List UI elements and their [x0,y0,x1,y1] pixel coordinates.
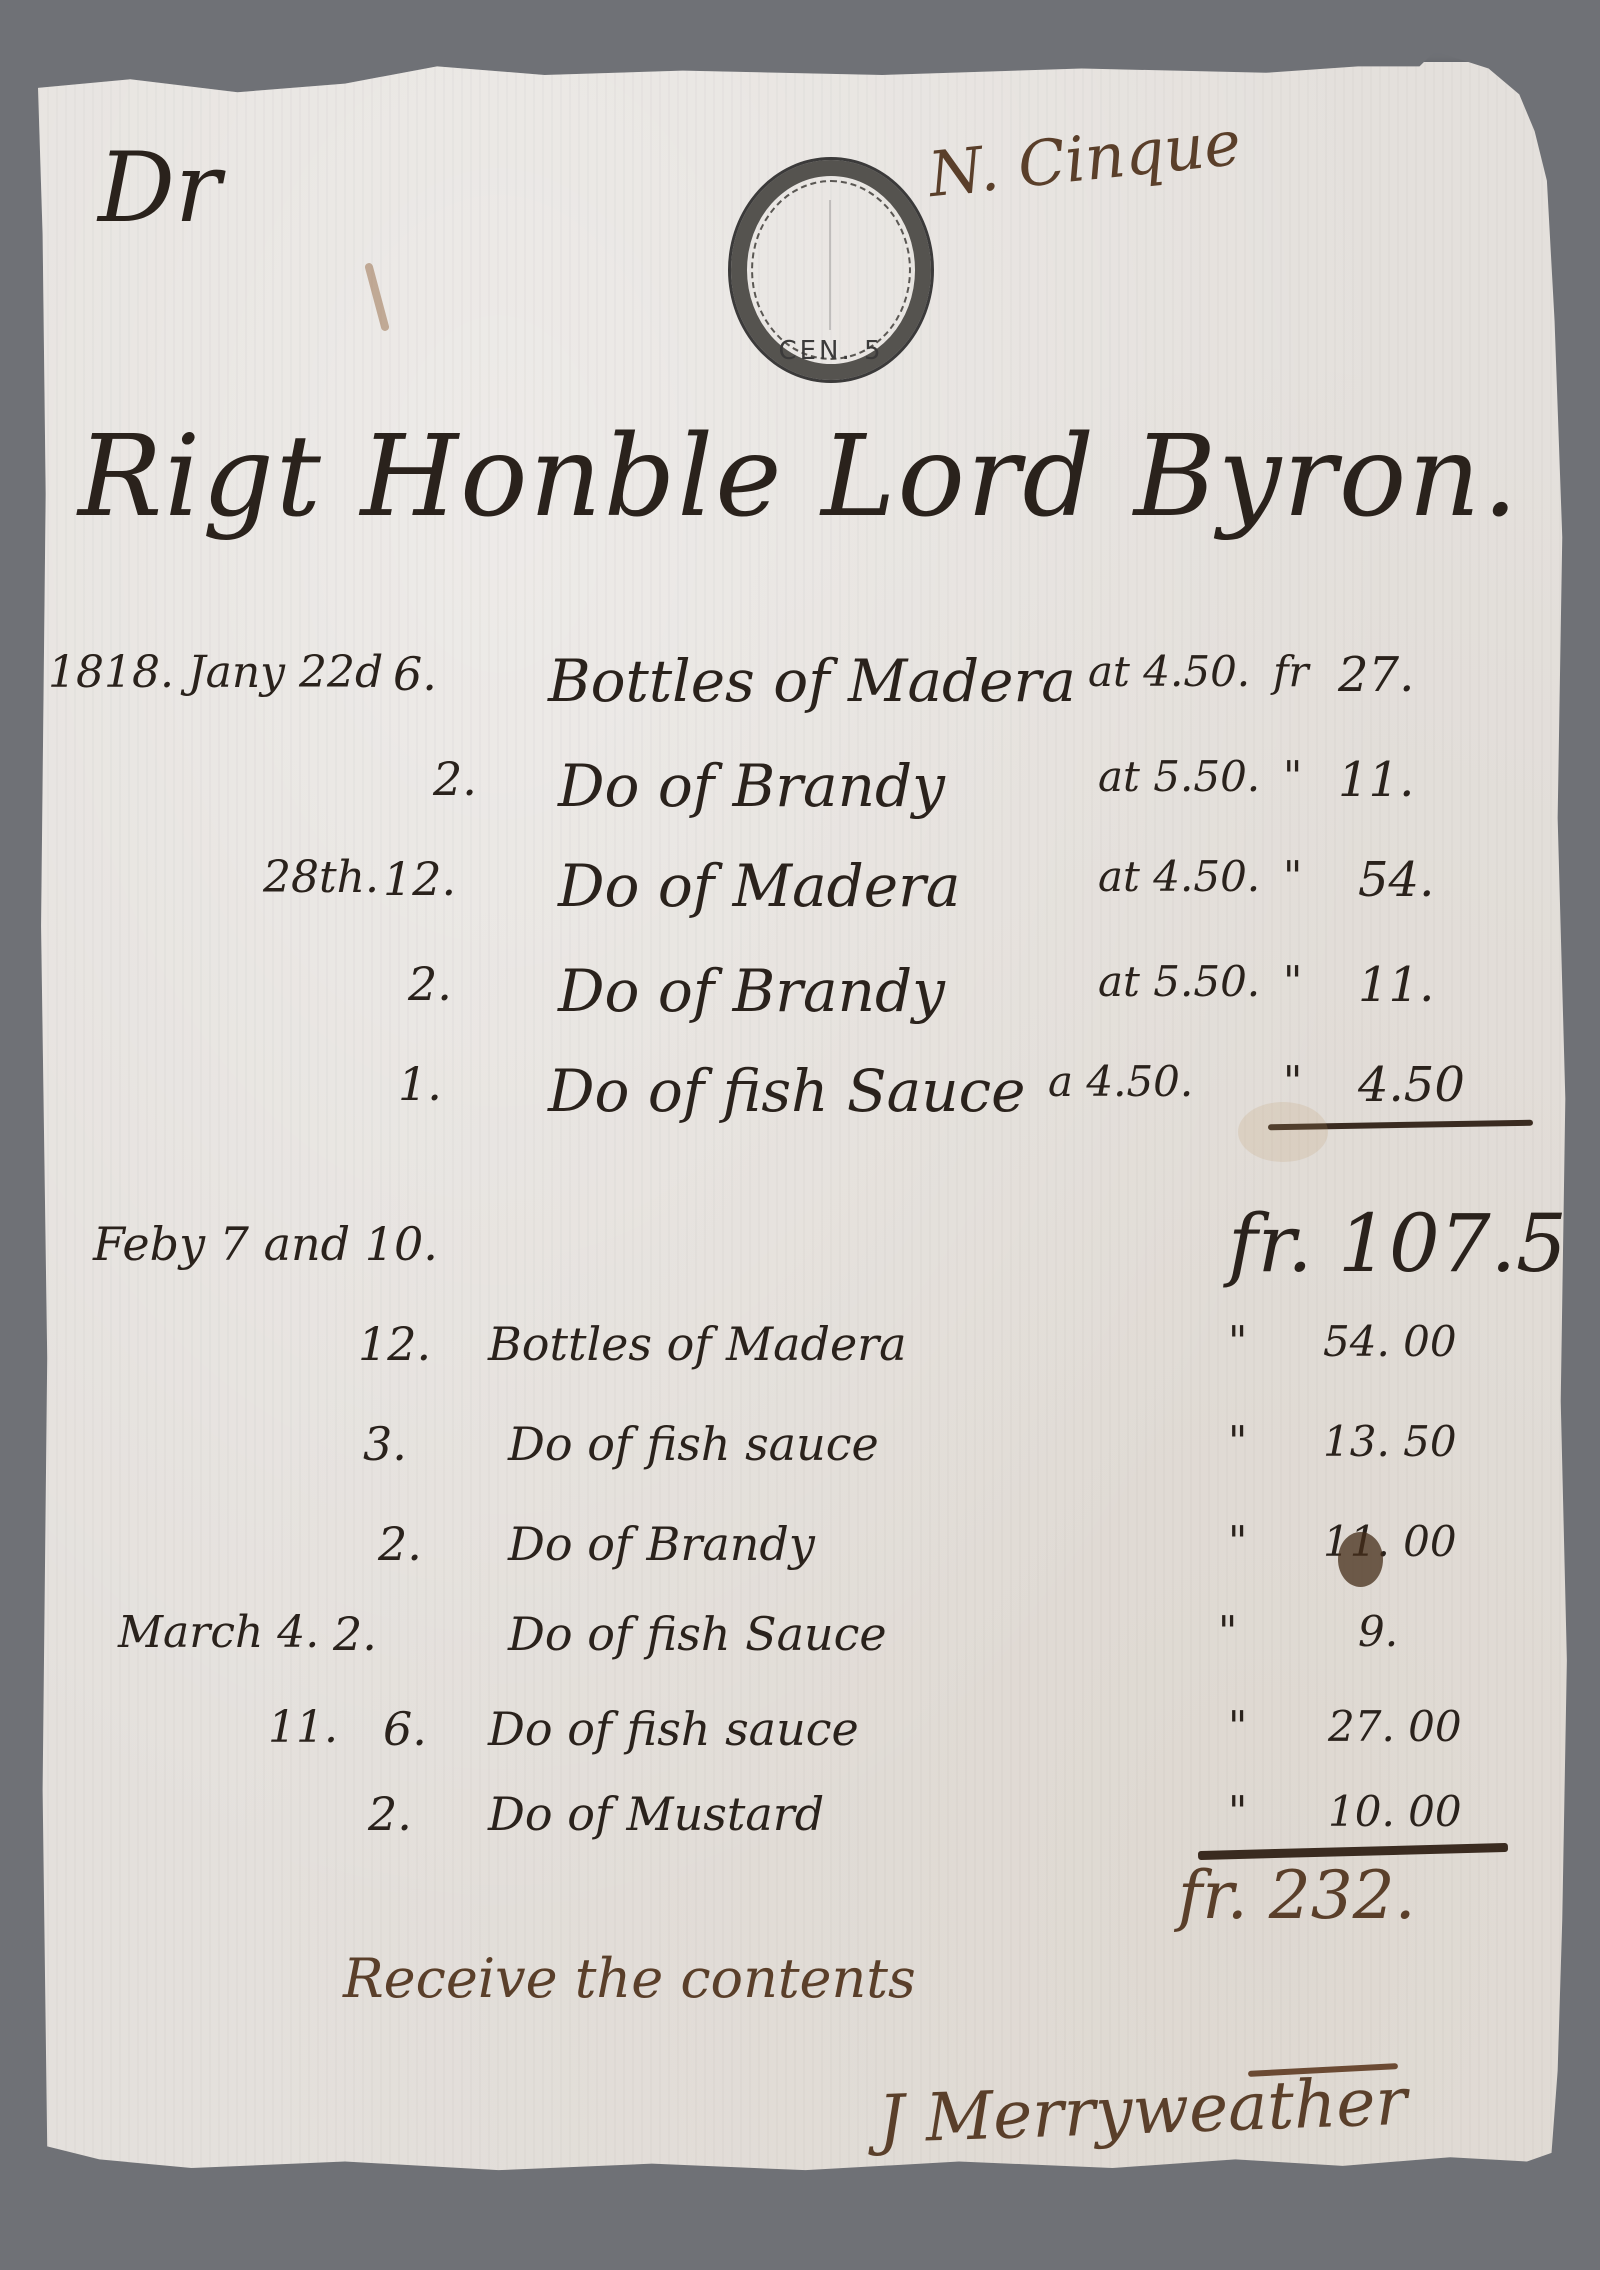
grand-total: fr. 232. [1178,1857,1416,1934]
line-rate: a 4.50. [1048,1057,1193,1106]
invoice-line: March 4. 2. Do of fish Sauce " 9. [38,1607,1573,1707]
manuscript-page: Dr N. Cinque CEN. 5 Rigt Honble Lord Byr… [38,62,1573,2222]
line-description: Do of fish Sauce [508,1607,887,1661]
line-date: 1818. Jany 22d [48,647,383,698]
signature: J Merryweather [877,2063,1408,2158]
stamp-label: CEN. 5 [731,336,931,366]
line-description: Do of Brandy [508,1517,815,1571]
line-currency-mark: fr [1273,647,1309,696]
line-amount: 11. [1338,752,1414,808]
line-rate: at 4.50. [1088,647,1250,696]
line-amount: 4.50 [1358,1057,1465,1113]
invoice-line: 12. Bottles of Madera " 54. 00 [38,1317,1573,1417]
line-description: Do of Brandy [558,752,945,820]
line-description: Bottles of Madera [488,1317,907,1371]
line-quantity: 6. [383,1702,427,1756]
line-currency-mark: " [1283,1057,1302,1106]
line-amount: 13. 50 [1323,1417,1457,1466]
debit-mark: Dr [98,132,221,244]
total-flourish [1283,1942,1503,1946]
invoice-line: 1. Do of fish Sauce a 4.50. " 4.50 [38,1057,1573,1157]
line-date: 28th. [263,852,379,903]
line-description: Do of Brandy [558,957,945,1025]
paper-stain [364,262,390,332]
line-amount: 54. 00 [1323,1317,1457,1366]
line-amount: 9. [1358,1607,1398,1656]
line-description: Do of fish Sauce [548,1057,1025,1125]
line-quantity: 2. [433,752,477,806]
line-description: Do of fish sauce [488,1702,859,1756]
line-quantity: 12. [383,852,456,906]
invoice-line: 2. Do of Brandy at 5.50. " 11. [38,957,1573,1057]
line-amount: 27. [1338,647,1414,703]
invoice-line: 2. Do of Brandy at 5.50. " 11. [38,752,1573,852]
line-quantity: 12. [358,1317,431,1371]
paper-stain [1238,1102,1328,1162]
line-currency-mark: " [1228,1787,1247,1836]
line-rate: at 4.50. [1098,852,1260,901]
line-amount: 27. 00 [1328,1702,1462,1751]
line-currency-mark: " [1228,1417,1247,1466]
line-amount: 10. 00 [1328,1787,1462,1836]
line-currency-mark: " [1283,752,1302,801]
line-quantity: 1. [398,1057,442,1111]
subtotal-amount: fr. 107.50 [1228,1197,1600,1290]
line-amount: 54. [1358,852,1434,908]
line-currency-mark: " [1228,1702,1247,1751]
section-date-label: Feby 7 and 10. [93,1217,438,1271]
invoice-line: 28th. 12. Do of Madera at 4.50. " 54. [38,852,1573,952]
line-description: Bottles of Madera [548,647,1076,715]
receipt-note: Receive the contents [343,1947,916,2010]
line-quantity: 6. [393,647,437,701]
line-quantity: 2. [333,1607,377,1661]
stamp-watermark [829,200,831,330]
line-rate: at 5.50. [1098,957,1260,1006]
line-currency-mark: " [1218,1607,1237,1656]
line-currency-mark: " [1228,1517,1247,1566]
line-amount: 11. [1358,957,1434,1013]
line-currency-mark: " [1283,852,1302,901]
line-quantity: 2. [378,1517,422,1571]
line-description: Do of fish sauce [508,1417,879,1471]
line-quantity: 2. [408,957,452,1011]
line-currency-mark: " [1228,1317,1247,1366]
ink-blot [1338,1532,1383,1587]
line-description: Do of Mustard [488,1787,824,1841]
line-quantity: 3. [363,1417,407,1471]
line-date: March 4. [118,1607,319,1658]
tax-stamp-seal-icon: CEN. 5 [728,157,934,383]
invoice-line: 1818. Jany 22d 6. Bottles of Madera at 4… [38,647,1573,747]
stamp-ornament [751,180,911,360]
addressee-heading: Rigt Honble Lord Byron. [78,412,1520,542]
merchant-name: N. Cinque [925,106,1244,211]
line-rate: at 5.50. [1098,752,1260,801]
line-description: Do of Madera [558,852,960,920]
invoice-line: 3. Do of fish sauce " 13. 50 [38,1417,1573,1517]
line-currency-mark: " [1283,957,1302,1006]
line-date: 11. [268,1702,338,1753]
line-quantity: 2. [368,1787,412,1841]
